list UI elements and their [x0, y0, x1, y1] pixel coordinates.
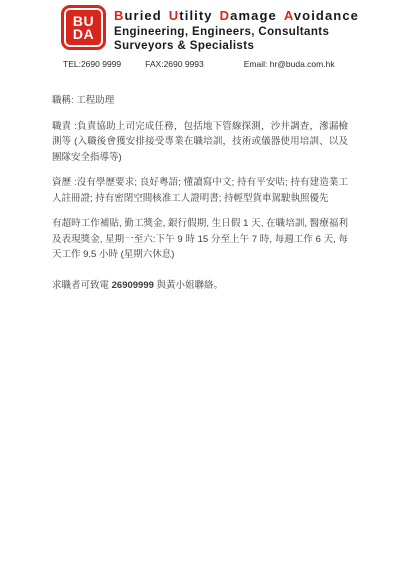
- responsibilities-paragraph: 職責 :負責協助上司完成任務，包括地下管線探測，沙井調查，滲漏檢測等 (入職後會…: [52, 119, 348, 166]
- application-contact-line: 求職者可致電 26909999 與黃小姐聯絡。: [52, 278, 348, 294]
- benefits-hours-paragraph: 有超時工作補貼, 勤工獎金, 銀行假期, 生日假 1 天, 在職培訓, 醫療福利…: [52, 216, 348, 263]
- job-title-line: 職稱: 工程助理: [52, 93, 348, 109]
- apply-phone-number: 26909999: [112, 280, 154, 291]
- job-ad-document: BU DA BuriedUtilityDamageAvoidance Engin…: [0, 0, 400, 565]
- buda-logo: BU DA: [61, 5, 106, 50]
- brand-word: Utility: [169, 8, 213, 23]
- company-name: BuriedUtilityDamageAvoidance: [114, 8, 366, 23]
- company-tagline-1: Engineering, Engineers, Consultants: [114, 26, 366, 38]
- brand-word: Avoidance: [284, 8, 359, 23]
- logo-line-2: DA: [73, 28, 94, 41]
- apply-prefix: 求職者可致電: [52, 280, 112, 291]
- buda-logo-letters: BU DA: [66, 10, 101, 45]
- fax-number: FAX:2690 9993: [145, 59, 204, 69]
- letterhead: BU DA BuriedUtilityDamageAvoidance Engin…: [61, 5, 366, 52]
- qualifications-paragraph: 資歷 :沒有學歷要求; 良好粵語; 懂讀寫中文; 持有平安咭; 持有建造業工人註…: [52, 175, 348, 206]
- apply-suffix: 與黃小姐聯絡。: [154, 280, 223, 291]
- contact-strip: TEL:2690 9999 FAX:2690 9993 Email: hr@bu…: [63, 59, 400, 69]
- brand-word: Damage: [220, 8, 277, 23]
- brand-block: BuriedUtilityDamageAvoidance Engineering…: [114, 5, 366, 52]
- telephone-number: TEL:2690 9999: [63, 59, 121, 69]
- brand-word: Buried: [114, 8, 162, 23]
- company-tagline-2: Surveyors & Specialists: [114, 40, 366, 52]
- job-ad-body: 職稱: 工程助理 職責 :負責協助上司完成任務，包括地下管線探測，沙井調查，滲漏…: [52, 93, 348, 303]
- email-address: Email: hr@buda.com.hk: [244, 59, 335, 69]
